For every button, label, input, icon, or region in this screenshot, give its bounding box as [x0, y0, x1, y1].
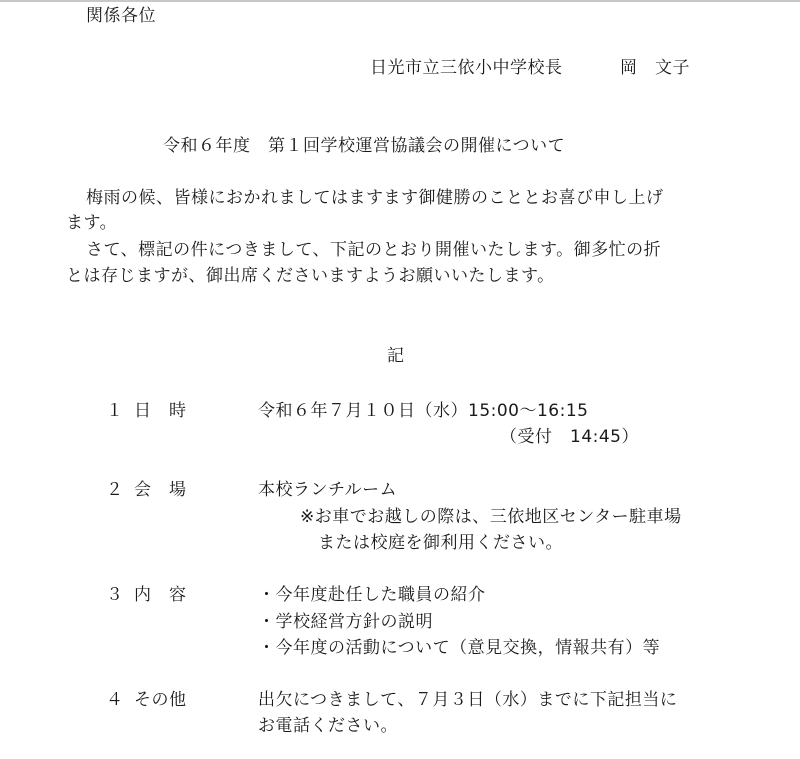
- item-number: １: [106, 401, 124, 421]
- item-line: または校庭を御利用ください。: [318, 533, 563, 553]
- body-paragraph-2-line-2: とは存じますが、御出席くださいますようお願いいたします。: [66, 266, 555, 286]
- item-line: お電話ください。: [258, 716, 398, 736]
- item-number: ２: [106, 480, 124, 500]
- body-paragraph-2-line-1: さて、標記の件につきまして、下記のとおり開催いたします。御多忙の折: [86, 240, 661, 260]
- ki-heading: 記: [387, 346, 405, 366]
- item-line: 本校ランチルーム: [258, 480, 397, 500]
- item-line: ・今年度の活動について（意見交換，情報共有）等: [258, 638, 660, 658]
- item-line: ・今年度赴任した職員の紹介: [258, 585, 486, 605]
- body-paragraph-1-line-1: 梅雨の候、皆様におかれましてはますます御健勝のこととお喜び申し上げ: [86, 188, 664, 208]
- item-label: 日 時: [134, 401, 187, 421]
- page-top-border: [0, 0, 800, 2]
- item-line: ・学校経営方針の説明: [258, 612, 433, 632]
- item-line: （受付 14:45）: [500, 427, 639, 447]
- item-label: その他: [134, 690, 187, 710]
- body-paragraph-1-line-2: ます。: [66, 213, 117, 233]
- item-line: 令和６年７月１０日（水）15:00～16:15: [258, 401, 588, 421]
- item-number: ３: [106, 585, 124, 605]
- addressee: 関係各位: [86, 6, 156, 26]
- item-line: ※お車でお越しの際は、三依地区センター駐車場: [300, 507, 682, 527]
- sender-name: 岡 文子: [620, 58, 690, 78]
- item-number: ４: [106, 690, 124, 710]
- item-line: 出欠につきまして、７月３日（水）までに下記担当に: [258, 690, 677, 710]
- sender-organization: 日光市立三依小中学校長: [370, 58, 563, 78]
- document-title: 令和６年度 第１回学校運営協議会の開催について: [163, 136, 565, 156]
- item-label: 内 容: [134, 585, 187, 605]
- item-label: 会 場: [134, 480, 187, 500]
